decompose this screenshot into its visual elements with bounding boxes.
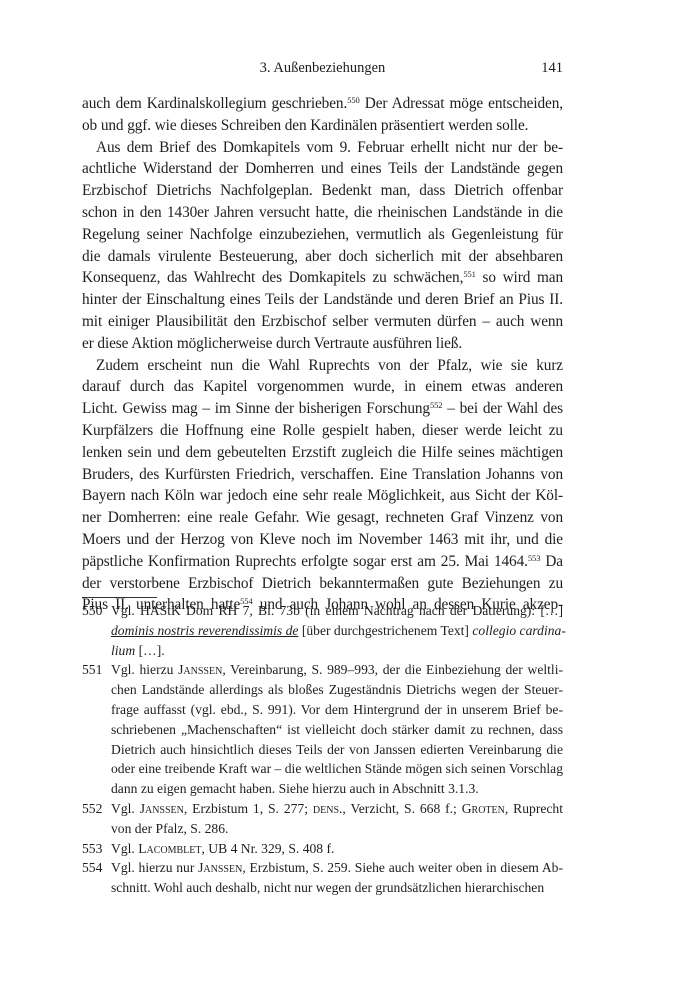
footnotes: 550Vgl. HAStK Dom RH 7, Bl. 73b (in eine…: [82, 601, 563, 898]
footnote-text: schriebenen „Machenschaften“ ist viellei…: [111, 722, 563, 737]
text-line: ob und ggf. wie dieses Schreiben den Kar…: [82, 115, 563, 137]
footnote-551: 551Vgl. hierzu Janssen, Vereinbarung, S.…: [82, 660, 563, 799]
footnote-line: schnitt. Wohl auch deshalb, nicht nur we…: [82, 878, 563, 898]
text-line: Aus dem Brief des Domkapitels vom 9. Feb…: [82, 137, 563, 159]
footnote-line: dann zu eigen gemacht haben. Siehe hierz…: [82, 779, 563, 799]
text-segment: Moers und der Herzog von Kleve noch im N…: [82, 531, 563, 548]
author-name: Janssen: [140, 801, 184, 816]
text-line: Bayern nach Köln war jedoch eine sehr re…: [82, 485, 563, 507]
footnote-line: 552Vgl. Janssen, Erzbistum 1, S. 277; de…: [82, 799, 563, 819]
footnote-line: schriebenen „Machenschaften“ ist viellei…: [82, 720, 563, 740]
text-line: mit einiger Plausibilität den Erzbischof…: [82, 311, 563, 333]
text-line: Licht. Gewiss mag – im Sinne der bisheri…: [82, 398, 563, 420]
footnote-text: frage auffasst (vgl. ebd., S. 991). Vor …: [111, 702, 563, 717]
text-segment: Konsequenz, das Wahlrecht des Domkapitel…: [82, 269, 463, 286]
footnote-line: von der Pfalz, S. 286.: [82, 819, 563, 839]
text-line: er diese Aktion möglicherweise durch Ver…: [82, 333, 563, 355]
chapter-title: 3. Außenbeziehungen: [82, 60, 563, 77]
footnote-reference[interactable]: 551: [463, 269, 475, 279]
footnote-text: Vgl. hierzu: [111, 662, 178, 677]
footnote-line: lium […].: [82, 641, 563, 661]
text-segment: schon in den 1430er Jahren versucht hatt…: [82, 204, 563, 221]
footnote-text: , Erzbistum 1, S. 277;: [184, 801, 313, 816]
text-segment: päpstliche Konfirmation Ruprechts erfolg…: [82, 553, 528, 570]
text-line: auch dem Kardinalskollegium geschrieben.…: [82, 93, 563, 115]
text-segment: lenken sein und dem gebeutelten Erzstift…: [82, 444, 563, 461]
text-segment: Kurpfälzers die Hoffnung eine Rolle gesp…: [82, 422, 563, 439]
footnote-text: Vgl.: [111, 801, 140, 816]
text-line: achtliche Widerstand der Domherren und e…: [82, 158, 563, 180]
footnote-text: Vgl. hierzu nur: [111, 860, 198, 875]
footnote-line: 550Vgl. HAStK Dom RH 7, Bl. 73b (in eine…: [82, 601, 563, 621]
footnote-text: Vgl.: [111, 841, 138, 856]
footnote-text: […].: [135, 643, 164, 658]
text-segment: ob und ggf. wie dieses Schreiben den Kar…: [82, 117, 528, 134]
text-segment: Regelung seiner Nachfolge einzubeziehen,…: [82, 226, 563, 243]
running-head: 3. Außenbeziehungen 141: [82, 60, 563, 80]
footnote-text: oder eine treibende Kraft war – die welt…: [111, 761, 563, 776]
footnote-text: , Erzbistum, S. 259. Siehe auch weiter o…: [242, 860, 563, 875]
text-line: die damals virulente Besteuerung, aber d…: [82, 246, 563, 268]
footnote-number: 551: [82, 660, 102, 680]
footnote-text: schnitt. Wohl auch deshalb, nicht nur we…: [111, 880, 544, 895]
text-segment: auch dem Kardinalskollegium geschrieben.: [82, 95, 347, 112]
footnote-reference[interactable]: 552: [430, 400, 442, 410]
text-segment: er diese Aktion möglicherweise durch Ver…: [82, 335, 462, 352]
text-segment: Da: [540, 553, 563, 570]
text-line: päpstliche Konfirmation Ruprechts erfolg…: [82, 551, 563, 573]
text-segment: so wird man: [476, 269, 563, 286]
text-segment: darauf durch das Kapitel vorgenommen wur…: [82, 378, 563, 395]
author-name: Janssen: [178, 662, 222, 677]
footnote-line: dominis nostris reverendissimis de [über…: [82, 621, 563, 641]
text-line: hinter der Einschaltung eines Teils der …: [82, 289, 563, 311]
text-segment: mit einiger Plausibilität den Erzbischof…: [82, 313, 563, 330]
text-line: darauf durch das Kapitel vorgenommen wur…: [82, 376, 563, 398]
text-segment: Erzbischof Dietrichs Nachfolgeplan. Bede…: [82, 182, 563, 199]
footnote-text: , UB 4 Nr. 329, S. 408 f.: [202, 841, 335, 856]
footnote-reference[interactable]: 550: [347, 95, 359, 105]
footnote-number: 553: [82, 839, 102, 859]
footnote-text: , Vereinbarung, S. 989–993, der die Einb…: [222, 662, 563, 677]
text-line: ner Domherren: eine reale Gefahr. Wie ge…: [82, 507, 563, 529]
text-segment: die damals virulente Besteuerung, aber d…: [82, 248, 563, 265]
text-segment: – bei der Wahl des: [442, 400, 563, 417]
text-line: Moers und der Herzog von Kleve noch im N…: [82, 529, 563, 551]
footnote-reference[interactable]: 553: [528, 553, 540, 563]
footnote-line: 553Vgl. Lacomblet, UB 4 Nr. 329, S. 408 …: [82, 839, 563, 859]
text-line: Konsequenz, das Wahlrecht des Domkapitel…: [82, 267, 563, 289]
footnote-line: 554Vgl. hierzu nur Janssen, Erzbistum, S…: [82, 858, 563, 878]
text-segment: Bruders, des Kurfürsten Friedrich, versc…: [82, 466, 563, 483]
footnote-text: Vgl. HAStK Dom RH 7, Bl. 73b (in einem N…: [111, 603, 563, 618]
footnote-text: Dietrich auch hinsichtlich dieses Teils …: [111, 742, 563, 757]
text-segment: Zudem erscheint nun die Wahl Ruprechts v…: [96, 357, 563, 374]
text-segment: achtliche Widerstand der Domherren und e…: [82, 160, 563, 177]
page-number: 141: [541, 60, 563, 77]
footnote-text: collegio cardina-: [472, 623, 566, 638]
author-name: dens.: [313, 801, 343, 816]
text-segment: hinter der Einschaltung eines Teils der …: [82, 291, 563, 308]
main-text: auch dem Kardinalskollegium geschrieben.…: [82, 93, 563, 616]
footnote-line: oder eine treibende Kraft war – die welt…: [82, 759, 563, 779]
footnote-552: 552Vgl. Janssen, Erzbistum 1, S. 277; de…: [82, 799, 563, 839]
footnote-line: 551Vgl. hierzu Janssen, Vereinbarung, S.…: [82, 660, 563, 680]
text-line: lenken sein und dem gebeutelten Erzstift…: [82, 442, 563, 464]
author-name: Lacomblet: [138, 841, 201, 856]
text-segment: der verstorbene Erzbischof Dietrich beka…: [82, 575, 563, 592]
footnote-text: dominis nostris reverendissimis de: [111, 623, 298, 638]
footnote-554: 554Vgl. hierzu nur Janssen, Erzbistum, S…: [82, 858, 563, 898]
footnote-number: 550: [82, 601, 102, 621]
footnote-line: frage auffasst (vgl. ebd., S. 991). Vor …: [82, 700, 563, 720]
footnote-text: chen Landstände allerdings als bloßes Zu…: [111, 682, 563, 697]
text-line: schon in den 1430er Jahren versucht hatt…: [82, 202, 563, 224]
text-segment: Aus dem Brief des Domkapitels vom 9. Feb…: [96, 139, 563, 156]
author-name: Janssen: [198, 860, 242, 875]
text-line: Kurpfälzers die Hoffnung eine Rolle gesp…: [82, 420, 563, 442]
text-segment: Der Adressat möge entscheiden,: [360, 95, 563, 112]
footnote-separator: [82, 597, 157, 598]
text-segment: Licht. Gewiss mag – im Sinne der bisheri…: [82, 400, 430, 417]
footnote-553: 553Vgl. Lacomblet, UB 4 Nr. 329, S. 408 …: [82, 839, 563, 859]
footnote-text: , Ruprecht: [505, 801, 563, 816]
footnote-text: dann zu eigen gemacht haben. Siehe hierz…: [111, 781, 479, 796]
footnote-text: [über durchgestrichenem Text]: [298, 623, 472, 638]
text-segment: Bayern nach Köln war jedoch eine sehr re…: [82, 487, 563, 504]
text-line: Zudem erscheint nun die Wahl Ruprechts v…: [82, 355, 563, 377]
footnote-line: chen Landstände allerdings als bloßes Zu…: [82, 680, 563, 700]
footnote-number: 552: [82, 799, 102, 819]
book-page: 3. Außenbeziehungen 141 auch dem Kardina…: [0, 0, 700, 988]
author-name: Groten: [462, 801, 505, 816]
footnote-text: lium: [111, 643, 135, 658]
footnote-text: von der Pfalz, S. 286.: [111, 821, 228, 836]
text-segment: ner Domherren: eine reale Gefahr. Wie ge…: [82, 509, 563, 526]
text-line: Bruders, des Kurfürsten Friedrich, versc…: [82, 464, 563, 486]
text-line: Erzbischof Dietrichs Nachfolgeplan. Bede…: [82, 180, 563, 202]
footnote-line: Dietrich auch hinsichtlich dieses Teils …: [82, 740, 563, 760]
footnote-number: 554: [82, 858, 102, 878]
text-line: Regelung seiner Nachfolge einzubeziehen,…: [82, 224, 563, 246]
footnote-550: 550Vgl. HAStK Dom RH 7, Bl. 73b (in eine…: [82, 601, 563, 660]
footnote-text: , Verzicht, S. 668 f.;: [342, 801, 461, 816]
text-line: der verstorbene Erzbischof Dietrich beka…: [82, 573, 563, 595]
